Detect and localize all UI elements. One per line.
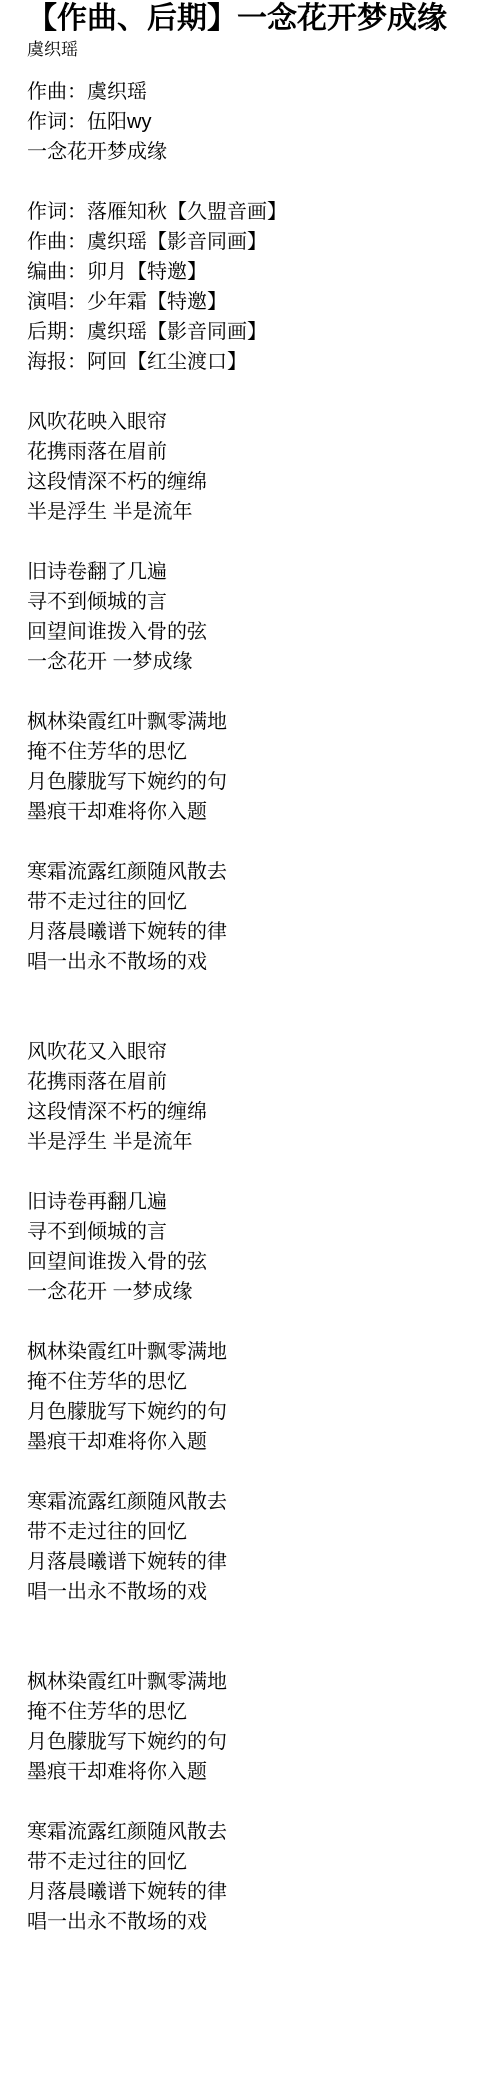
lyric-line: 枫林染霞红叶飘零满地 bbox=[27, 1667, 485, 1697]
lyric-line: 半是浮生 半是流年 bbox=[27, 497, 485, 527]
lyric-line: 寒霜流露红颜随风散去 bbox=[27, 1817, 485, 1847]
lyric-line: 回望间谁拨入骨的弦 bbox=[27, 617, 485, 647]
lyric-stanza: 寒霜流露红颜随风散去 带不走过往的回忆 月落晨曦谱下婉转的律 唱一出永不散场的戏 bbox=[27, 857, 485, 977]
lyric-line: 一念花开 一梦成缘 bbox=[27, 1277, 485, 1307]
lyric-stanza: 枫林染霞红叶飘零满地 掩不住芳华的思忆 月色朦胧写下婉约的句 墨痕干却难将你入题 bbox=[27, 707, 485, 827]
lyric-line: 掩不住芳华的思忆 bbox=[27, 1697, 485, 1727]
credit-line: 后期：虞织瑶【影音同画】 bbox=[27, 317, 485, 347]
lyric-line: 唱一出永不散场的戏 bbox=[27, 947, 485, 977]
credit-line: 海报：阿回【红尘渡口】 bbox=[27, 347, 485, 377]
lyric-line: 这段情深不朽的缠绵 bbox=[27, 1097, 485, 1127]
lyric-line: 半是浮生 半是流年 bbox=[27, 1127, 485, 1157]
lyric-line: 墨痕干却难将你入题 bbox=[27, 1757, 485, 1787]
lyric-stanza: 风吹花映入眼帘 花携雨落在眉前 这段情深不朽的缠绵 半是浮生 半是流年 bbox=[27, 407, 485, 527]
lyric-line: 唱一出永不散场的戏 bbox=[27, 1577, 485, 1607]
song-meta-block: 作曲：虞织瑶 作词：伍阳wy 一念花开梦成缘 bbox=[27, 77, 485, 167]
credit-line: 演唱：少年霜【特邀】 bbox=[27, 287, 485, 317]
lyric-line: 月色朦胧写下婉约的句 bbox=[27, 1727, 485, 1757]
lyric-line: 掩不住芳华的思忆 bbox=[27, 737, 485, 767]
artist-name: 虞织瑶 bbox=[27, 40, 485, 60]
credit-line: 编曲：卯月【特邀】 bbox=[27, 257, 485, 287]
lyric-line: 一念花开 一梦成缘 bbox=[27, 647, 485, 677]
credit-line: 作曲：虞织瑶【影音同画】 bbox=[27, 227, 485, 257]
lyric-stanza: 旧诗卷翻了几遍 寻不到倾城的言 回望间谁拨入骨的弦 一念花开 一梦成缘 bbox=[27, 557, 485, 677]
lyric-line: 月色朦胧写下婉约的句 bbox=[27, 1397, 485, 1427]
credit-line: 作词：落雁知秋【久盟音画】 bbox=[27, 197, 485, 227]
lyric-line: 旧诗卷翻了几遍 bbox=[27, 557, 485, 587]
lyric-line: 寒霜流露红颜随风散去 bbox=[27, 857, 485, 887]
lyric-line: 花携雨落在眉前 bbox=[27, 1067, 485, 1097]
lyric-line: 寻不到倾城的言 bbox=[27, 1217, 485, 1247]
lyric-stanza: 枫林染霞红叶飘零满地 掩不住芳华的思忆 月色朦胧写下婉约的句 墨痕干却难将你入题 bbox=[27, 1337, 485, 1457]
lyric-line: 带不走过往的回忆 bbox=[27, 1517, 485, 1547]
lyric-stanza: 枫林染霞红叶飘零满地 掩不住芳华的思忆 月色朦胧写下婉约的句 墨痕干却难将你入题 bbox=[27, 1667, 485, 1787]
lyric-line: 带不走过往的回忆 bbox=[27, 887, 485, 917]
lyric-line: 枫林染霞红叶飘零满地 bbox=[27, 1337, 485, 1367]
lyric-line: 这段情深不朽的缠绵 bbox=[27, 467, 485, 497]
credits-block: 作词：落雁知秋【久盟音画】 作曲：虞织瑶【影音同画】 编曲：卯月【特邀】 演唱：… bbox=[27, 197, 485, 377]
lyric-line: 回望间谁拨入骨的弦 bbox=[27, 1247, 485, 1277]
meta-line: 作词：伍阳wy bbox=[27, 107, 485, 137]
lyric-line: 月落晨曦谱下婉转的律 bbox=[27, 1877, 485, 1907]
lyric-line: 寒霜流露红颜随风散去 bbox=[27, 1487, 485, 1517]
lyric-line: 旧诗卷再翻几遍 bbox=[27, 1187, 485, 1217]
lyric-line: 掩不住芳华的思忆 bbox=[27, 1367, 485, 1397]
meta-line: 作曲：虞织瑶 bbox=[27, 77, 485, 107]
lyric-stanza: 旧诗卷再翻几遍 寻不到倾城的言 回望间谁拨入骨的弦 一念花开 一梦成缘 bbox=[27, 1187, 485, 1307]
lyric-stanza: 寒霜流露红颜随风散去 带不走过往的回忆 月落晨曦谱下婉转的律 唱一出永不散场的戏 bbox=[27, 1817, 485, 1937]
lyric-line: 墨痕干却难将你入题 bbox=[27, 797, 485, 827]
lyric-line: 花携雨落在眉前 bbox=[27, 437, 485, 467]
lyric-line: 月落晨曦谱下婉转的律 bbox=[27, 917, 485, 947]
lyric-line: 风吹花又入眼帘 bbox=[27, 1037, 485, 1067]
meta-line: 一念花开梦成缘 bbox=[27, 137, 485, 167]
lyric-stanza: 寒霜流露红颜随风散去 带不走过往的回忆 月落晨曦谱下婉转的律 唱一出永不散场的戏 bbox=[27, 1487, 485, 1607]
lyric-line: 墨痕干却难将你入题 bbox=[27, 1427, 485, 1457]
lyric-line: 月落晨曦谱下婉转的律 bbox=[27, 1547, 485, 1577]
lyric-line: 月色朦胧写下婉约的句 bbox=[27, 767, 485, 797]
lyric-stanza: 风吹花又入眼帘 花携雨落在眉前 这段情深不朽的缠绵 半是浮生 半是流年 bbox=[27, 1037, 485, 1157]
lyric-line: 枫林染霞红叶飘零满地 bbox=[27, 707, 485, 737]
lyric-line: 唱一出永不散场的戏 bbox=[27, 1907, 485, 1937]
lyric-line: 带不走过往的回忆 bbox=[27, 1847, 485, 1877]
lyric-line: 寻不到倾城的言 bbox=[27, 587, 485, 617]
lyric-line: 风吹花映入眼帘 bbox=[27, 407, 485, 437]
page-title: 【作曲、后期】一念花开梦成缘 bbox=[27, 1, 485, 37]
